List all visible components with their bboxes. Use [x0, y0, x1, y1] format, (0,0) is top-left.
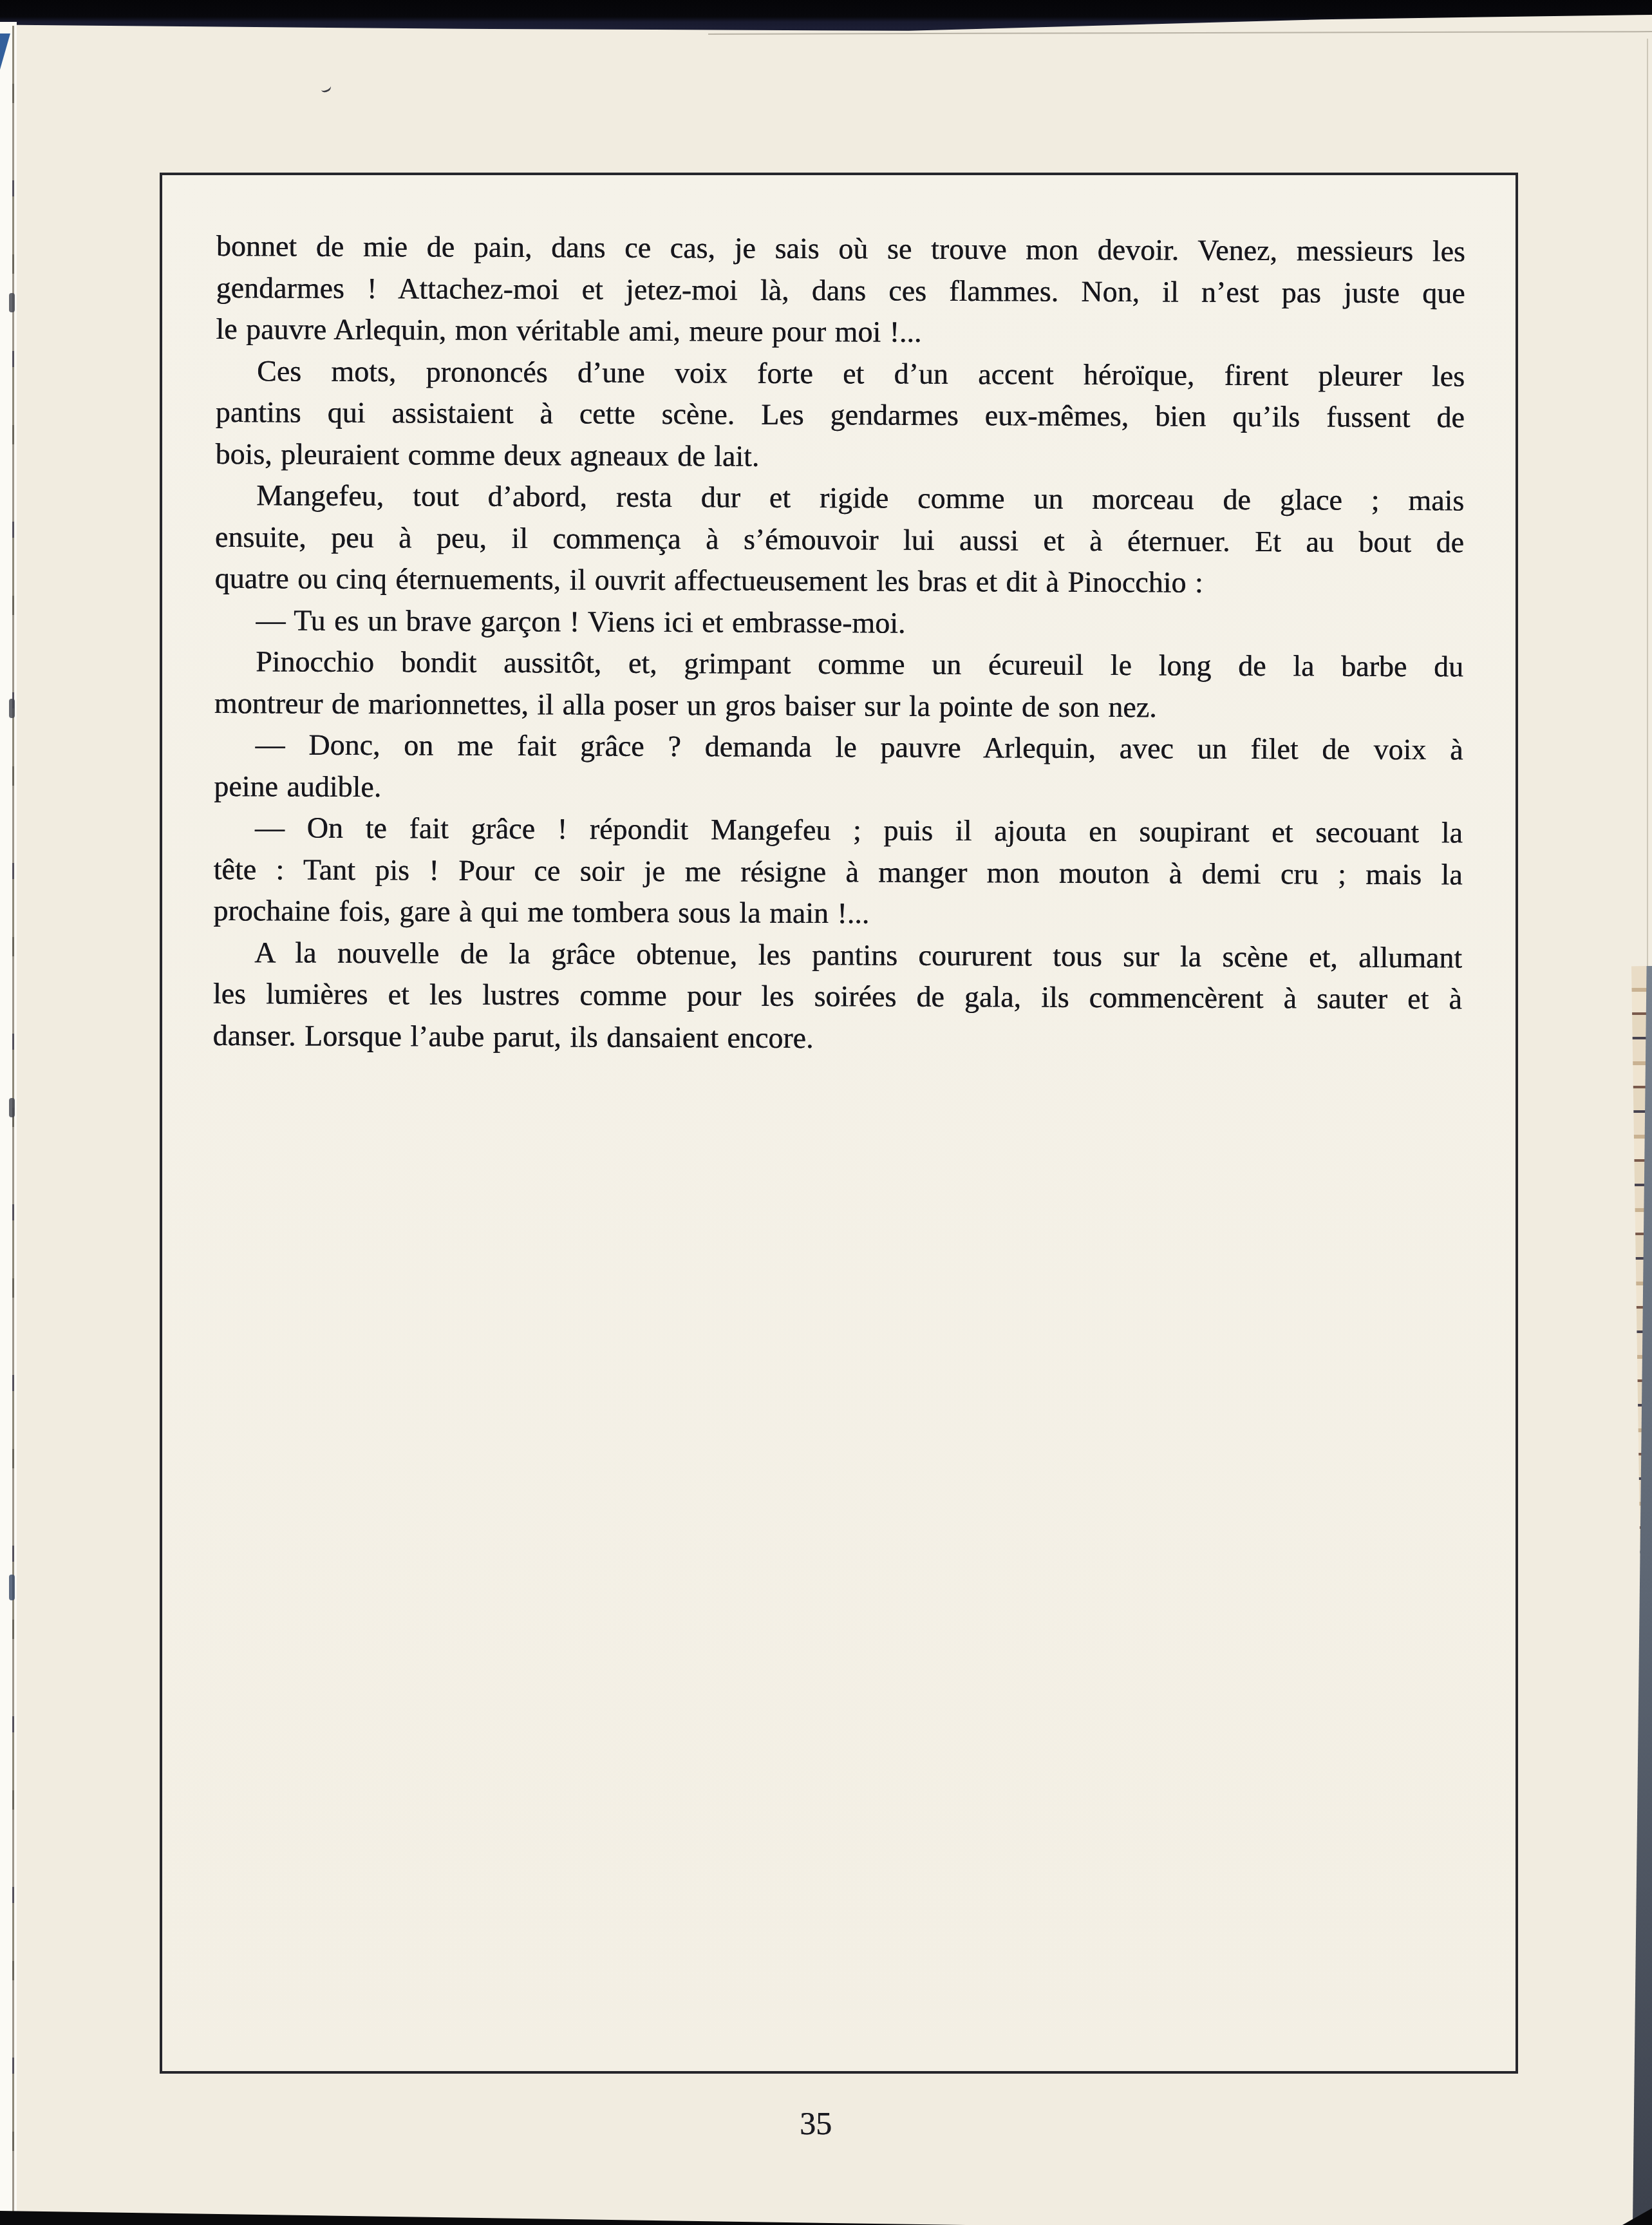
text-line: Ces mots, prononcés d’une voix forte et …: [216, 350, 1465, 397]
binding-ink-mark: [9, 293, 15, 312]
page-frame: bonnet de mie de pain, dans ce cas, je s…: [160, 173, 1518, 2074]
text-line: — On te fait grâce ! répondit Mangefeu ;…: [214, 807, 1463, 854]
text-line: — Donc, on me fait grâce ? demanda le pa…: [214, 724, 1463, 771]
binding-stitch-line: [12, 26, 14, 2215]
scan-top-black-bar: [0, 0, 1652, 33]
page-right-edge-line: [1647, 39, 1648, 966]
text-line: quatre ou cinq éternuements, il ouvrit a…: [214, 558, 1463, 605]
text-line: gendarmes ! Attachez-moi et jetez-moi là…: [216, 267, 1465, 314]
text-line: A la nouvelle de la grâce obtenue, les p…: [213, 931, 1462, 978]
page-number: 35: [0, 2105, 1642, 2142]
binding-ink-mark: [9, 699, 15, 718]
text-line: Pinocchio bondit aussitôt, et, grimpant …: [214, 641, 1463, 688]
text-line: peine audible.: [214, 765, 1463, 812]
scanned-book-page: { "page": { "number": "35", "paragraphs"…: [0, 0, 1652, 2225]
scan-bottom-edge-shadow: [0, 2211, 966, 2225]
text-line: danser. Lorsque l’aube parut, ils dansai…: [212, 1014, 1461, 1061]
text-line: tête : Tant pis ! Pour ce soir je me rés…: [213, 848, 1462, 895]
text-line: bois, pleuraient comme deux agneaux de l…: [215, 433, 1464, 480]
binding-ink-mark: [9, 1575, 15, 1600]
text-line: bonnet de mie de pain, dans ce cas, je s…: [216, 225, 1465, 272]
text-line: — Tu es un brave garçon ! Viens ici et e…: [214, 599, 1463, 646]
text-line: ensuite, peu à peu, il commença à s’émou…: [215, 516, 1464, 563]
text-line: prochaine fois, gare à qui me tombera so…: [213, 890, 1462, 937]
binding-gutter: [0, 22, 17, 2225]
text-line: les lumières et les lustres comme pour l…: [213, 973, 1462, 1020]
dust-speck: [319, 82, 332, 93]
page-top-edge-shadow: [708, 31, 1652, 35]
binding-ink-mark: [9, 1098, 15, 1117]
text-line: le pauvre Arlequin, mon véritable ami, m…: [216, 308, 1465, 355]
text-line: Mangefeu, tout d’abord, resta dur et rig…: [215, 475, 1464, 522]
body-text: bonnet de mie de pain, dans ce cas, je s…: [212, 225, 1465, 1061]
text-line: montreur de marionnettes, il alla poser …: [214, 682, 1463, 729]
text-line: pantins qui assistaient à cette scène. L…: [216, 392, 1465, 439]
